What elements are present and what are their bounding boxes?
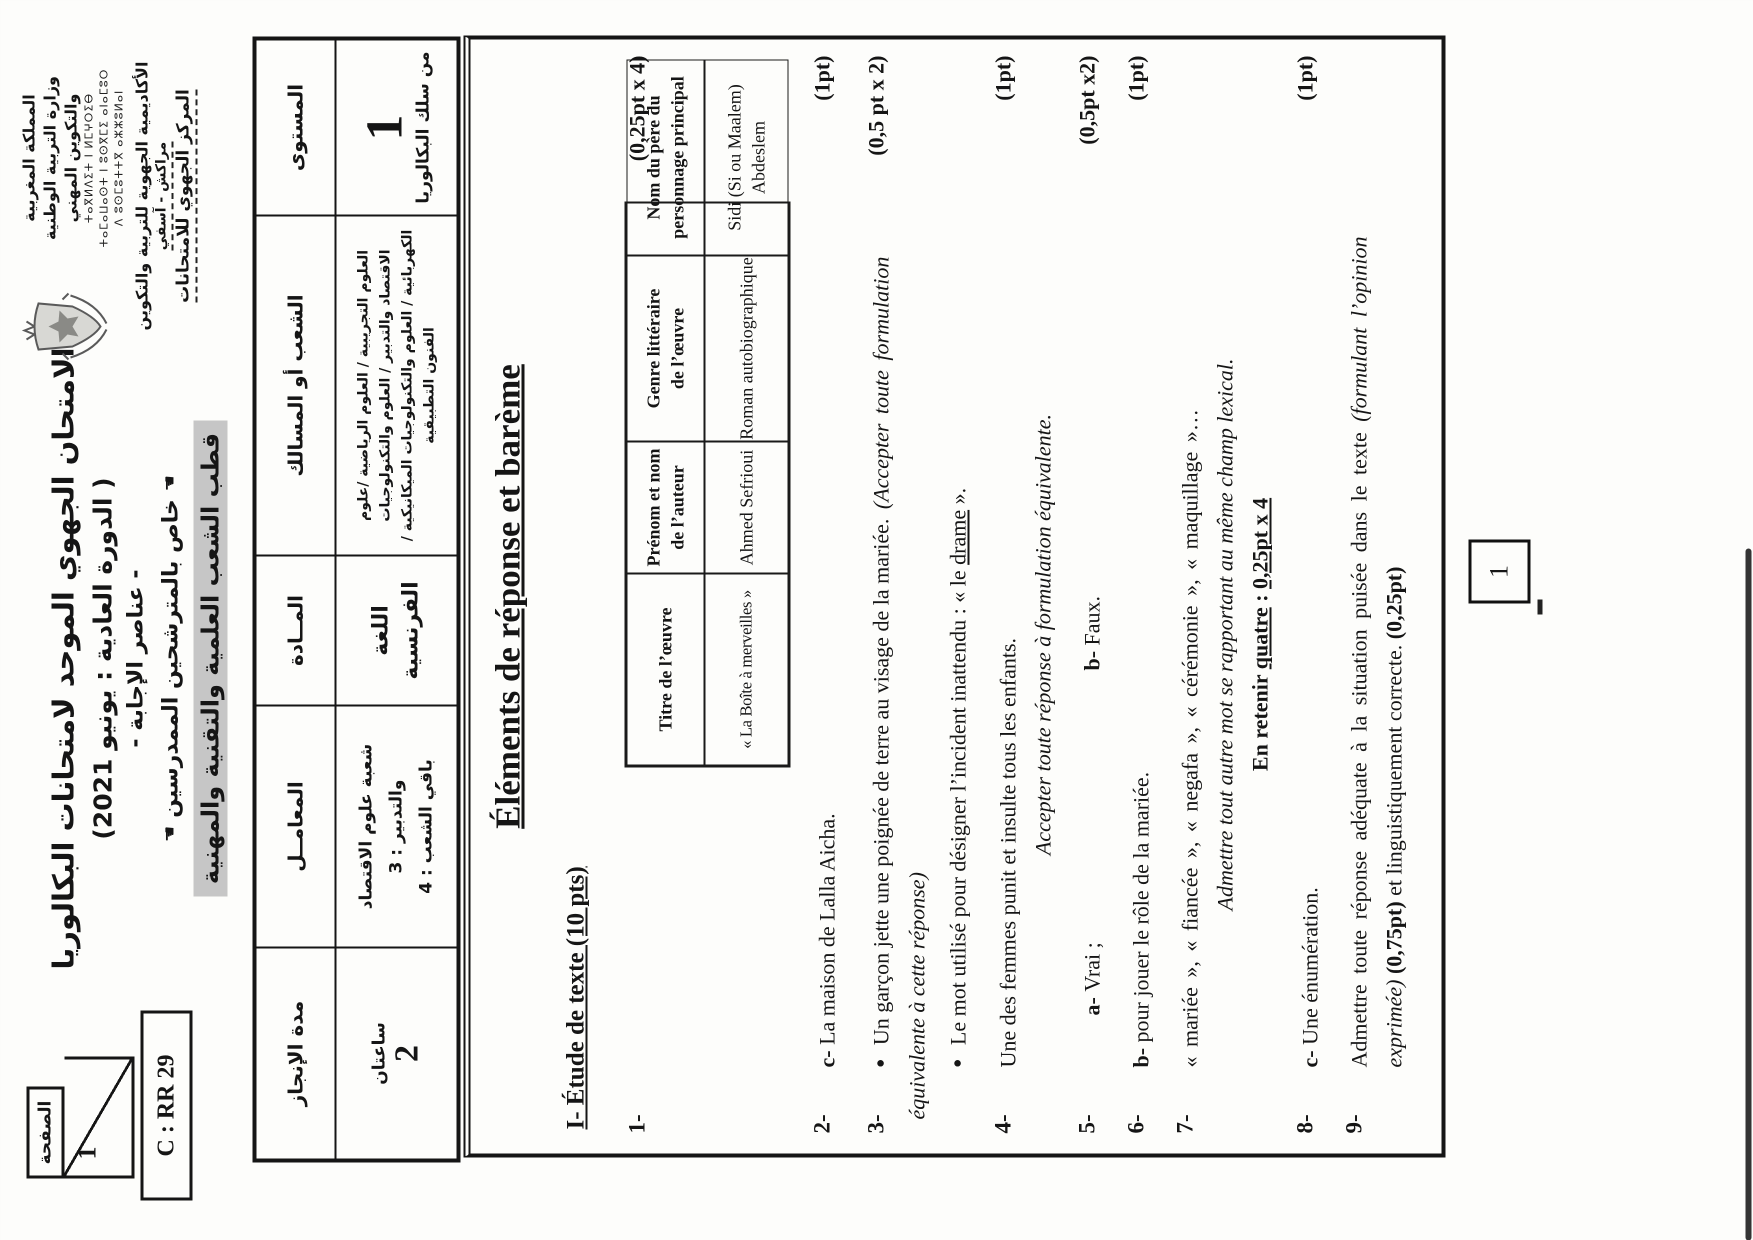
item-number: 4- [990, 1114, 1016, 1133]
points-badge: (1pt) [990, 55, 1016, 100]
answer-key-title: Éléments de réponse et barème [488, 53, 528, 1139]
scan-edge-artifact [1745, 548, 1751, 1240]
exam-info-table: المستوى الشعب أو المسالك المــادة المعام… [252, 36, 460, 1162]
work-info-table: Titre de l’œuvre Prénom et nomde l’auteu… [624, 201, 790, 767]
answer-item-3: 3- (0,5 pt x 2) •Un garçon jette une poi… [863, 53, 976, 1139]
col-header-author: Prénom et nomde l’auteur [626, 441, 704, 573]
duration-value: ساعتان 2 [335, 947, 457, 1159]
bullet-icon: • [945, 1045, 971, 1067]
page-number-box: الصفحة 1 C : RR 29 [26, 1010, 192, 1178]
item-number: 8- [1292, 1114, 1318, 1133]
coefficient-value: شعبة علوم الاقتصاد والتدبير : 3 باقي الش… [335, 705, 457, 947]
academy-line: الأكاديمية الجهوية للتربية والتكوين [132, 61, 151, 330]
exam-center-line: المركز الجهوي للامتحانات [173, 28, 193, 363]
answer-item-9: 9- Admettre toute réponse adéquate à la … [1341, 53, 1411, 1139]
candidates-note-line: ☚خاص بالمترشحين الممدرسين☚ [158, 318, 183, 998]
cell-title-value: « La Boîte à merveilles » [704, 573, 788, 765]
exam-code: C : RR 29 [140, 1010, 192, 1200]
scanned-exam-answer-sheet: الصفحة 1 C : RR 29 الامتحان الجهوي الموح… [0, 0, 1753, 1240]
item-number: 1- [624, 1114, 650, 1133]
retain-four-line: En retenir quatre : 0,25pt x 4 [1242, 201, 1278, 1067]
cell-author-value: Ahmed Sefrioui [704, 441, 788, 573]
points-badge: (0,25pt x 4) [624, 55, 650, 161]
footer-tick-mark [1537, 599, 1542, 614]
answer-elements-line: - عناصر الإجابة - [123, 318, 148, 998]
streams-pole-line: قطب الشعب العلمية والتقنية والمهنية [193, 318, 227, 998]
streams-value: العلوم التجريبية / العلوم الرياضية /علوم… [335, 215, 457, 555]
item-number: 6- [1123, 1114, 1149, 1133]
section-heading: I- Étude de texte (10 pts) [562, 53, 590, 1129]
coat-of-arms-logo [18, 289, 110, 363]
ministry-line2: والتكوين المهني [60, 28, 81, 287]
academy-city-line: مراكش - آسفي [153, 28, 169, 363]
page-fraction-cell: 1 [64, 1056, 134, 1178]
tifinagh-line2: ⵜⴰⵎⴰⵡⴰⵙⵜ ⵏ ⵓⵙⴳⵎⵉ ⴰⵏⴰⵎⵓⵔ [96, 28, 111, 287]
ministry-block: المملكة المغربية وزارة التربية الوطنية و… [18, 28, 193, 363]
page-number: 1 [72, 1146, 102, 1159]
cell-genre-value: Roman autobiographique [704, 255, 788, 441]
item-number: 5- [1074, 1114, 1100, 1133]
kingdom-line: المملكة المغربية [18, 28, 39, 287]
answer-item-1: 1- (0,25pt x 4) Titre de l’œuvre Prénom … [624, 53, 790, 1139]
subject-label: المــادة [255, 555, 335, 705]
item-number: 7- [1172, 1114, 1198, 1133]
exam-session-line: ( الدورة العادية : يونيو 2021) [88, 318, 117, 998]
exam-title-block: الامتحان الجهوي الموحد لامتحانات البكالو… [46, 318, 227, 998]
bullet-icon: • [868, 1045, 894, 1067]
cell-father-value: Sidi (Si ou Maalem)Abdeslem [704, 59, 788, 255]
coefficient-label: المعامــل [255, 705, 335, 947]
answer-item-5: 5- (0,5pt x2) a- Vrai ;b- Faux. [1074, 53, 1109, 1139]
hand-marker-icon: ☚ [159, 467, 180, 499]
ministry-line1: وزارة التربية الوطنية [39, 28, 60, 287]
points-badge: (1pt) [1292, 55, 1318, 100]
points-badge: (0,5 pt x 2) [863, 55, 889, 155]
grading-note: Accepter toute réponse à formulation équ… [1025, 201, 1060, 1067]
page-label: الصفحة [26, 1086, 64, 1178]
answer-item-7: 7- « mariée », « fiancée », « negafa », … [1172, 53, 1278, 1139]
level-label: المستوى [255, 39, 335, 215]
item-number: 9- [1341, 1114, 1367, 1133]
duration-label: مدة الإنجاز [255, 947, 335, 1159]
exam-page: الصفحة 1 C : RR 29 الامتحان الجهوي الموح… [0, 0, 1753, 1240]
points-badge: (0,5pt x2) [1074, 55, 1100, 144]
col-header-genre: Genre littérairede l’œuvre [626, 255, 704, 441]
answer-item-4: 4- (1pt) Une des femmes punit et insulte… [990, 53, 1060, 1139]
grading-note: Admettre tout autre mot se rapportant au… [1207, 201, 1242, 1067]
points-badge: (1pt) [1123, 55, 1149, 100]
answer-key-frame: Éléments de réponse et barème I- Étude d… [463, 35, 1445, 1157]
answer-item-2: 2- c- La maison de Lalla Aicha. (1pt) [809, 53, 844, 1139]
level-value: 1 من سلك البكالوريا [335, 39, 457, 215]
exam-title-line1: الامتحان الجهوي الموحد لامتحانات البكالو… [46, 318, 80, 998]
points-badge: (1pt) [809, 55, 835, 100]
col-header-title: Titre de l’œuvre [626, 573, 704, 765]
footer-page-number: 1 [1468, 539, 1530, 603]
item-number: 2- [809, 1114, 835, 1133]
item-number: 3- [863, 1114, 889, 1133]
tifinagh-line3: ⴷ ⵓⵙⵎⵓⵜⵜⴳ ⴰⵣⵣⵓⵍⴰⵏ [111, 28, 126, 287]
answer-item-8: 8- (1pt) c- Une énumération. [1292, 53, 1327, 1139]
subject-value: اللغة الفرنسية [335, 555, 457, 705]
streams-label: الشعب أو المسالك [255, 215, 335, 555]
answer-item-6: 6- (1pt) b- pour jouer le rôle de la mar… [1123, 53, 1158, 1139]
tifinagh-line1: ⵜⴰⴳⵍⴷⵉⵜ ⵏ ⵍⵎⵖⵔⵉⴱ [81, 28, 96, 287]
hand-marker-icon: ☚ [159, 817, 180, 849]
